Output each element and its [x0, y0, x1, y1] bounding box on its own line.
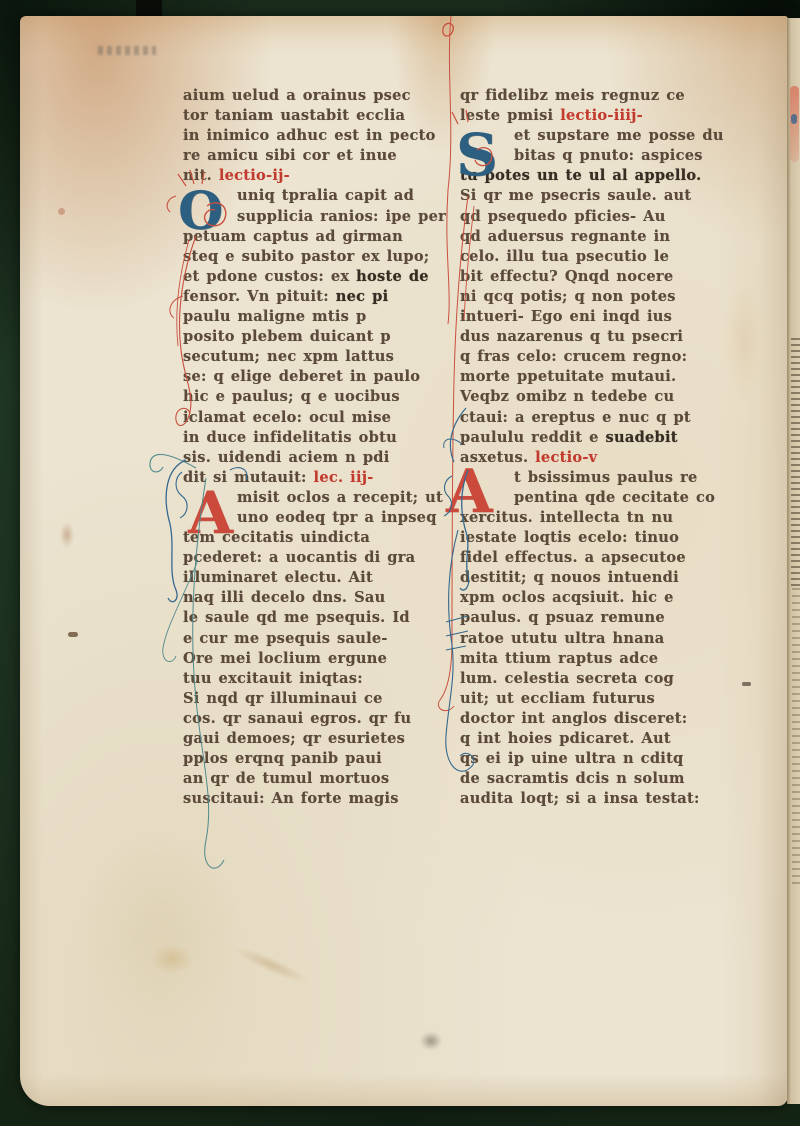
text-line: qr fidelibz meis regnuz ce [460, 86, 742, 106]
body-text: nec pi [336, 288, 389, 305]
rubric-text: lec. iij- [314, 469, 374, 486]
pencil-annotation [98, 46, 156, 55]
rubric-text: lectio-iiij- [560, 107, 643, 124]
body-text: intueri- Ego eni inqd ius [460, 308, 672, 325]
body-text: posito plebem duicant p [183, 328, 391, 345]
body-text: bit effectu? Qnqd nocere [460, 268, 673, 285]
text-column-left: aium uelud a orainus psector taniam uast… [183, 86, 457, 809]
body-text: ctaui: a ereptus e nuc q pt [460, 409, 691, 426]
facing-page-text-sliver-lower [792, 588, 800, 888]
text-line: destitit; q nouos intuendi [460, 568, 742, 588]
rubric-text: lectio-ij- [219, 167, 290, 184]
text-line: Si nqd qr illuminaui ce [183, 689, 457, 709]
body-text: paulus. q psuaz remune [460, 609, 665, 626]
body-text: suscitaui: An forte magis [183, 790, 399, 807]
body-text: audita loqt; si a insa testat: [460, 790, 700, 807]
text-line: steq e subito pastor ex lupo; [183, 247, 457, 267]
body-text: in inimico adhuc est in pecto [183, 127, 436, 144]
body-text: et pdone custos: ex [183, 268, 356, 285]
text-line: tuu excitauit iniqtas: [183, 669, 457, 689]
text-line: de sacramtis dcis n solum [460, 769, 742, 789]
body-text: qd psequedo pficies- Au [460, 208, 666, 225]
text-line: t bsissimus paulus re [460, 468, 742, 488]
body-text: tor taniam uastabit ecclia [183, 107, 405, 124]
body-text: steq e subito pastor ex lupo; [183, 248, 429, 265]
body-text: cos. qr sanaui egros. qr fu [183, 710, 411, 727]
body-text: qr fidelibz meis regnuz ce [460, 87, 685, 104]
text-line: paululu reddit e suadebit [460, 428, 742, 448]
text-line: bitas q pnuto: aspices [460, 146, 742, 166]
body-text: dus nazarenus q tu psecri [460, 328, 683, 345]
text-line: dus nazarenus q tu psecri [460, 327, 742, 347]
text-line: qd psequedo pficies- Au [460, 207, 742, 227]
text-line: lum. celestia secreta cog [460, 669, 742, 689]
text-line: cos. qr sanaui egros. qr fu [183, 709, 457, 729]
text-line: ni qcq potis; q non potes [460, 287, 742, 307]
body-text: illuminaret electu. Ait [183, 569, 373, 586]
facing-page-red-initial [790, 86, 799, 162]
body-text: de sacramtis dcis n solum [460, 770, 685, 787]
text-line: celo. illu tua psecutio le [460, 247, 742, 267]
body-text: in duce infidelitatis obtu [183, 429, 397, 446]
body-text: ratoe ututu ultra hnana [460, 630, 665, 647]
background-notch [136, 0, 162, 17]
body-text: pcederet: a uocantis di gra [183, 549, 415, 566]
text-line: petuam captus ad girman [183, 227, 457, 247]
text-line: nit. lectio-ij- [183, 166, 457, 186]
text-line: naq illi decelo dns. Sau [183, 588, 457, 608]
text-line: et supstare me posse du [460, 126, 742, 146]
body-text: lum. celestia secreta cog [460, 670, 674, 687]
text-line: leste pmisi lectio-iiij- [460, 106, 742, 126]
body-text: bitas q pnuto: aspices [514, 147, 703, 164]
body-text: q int hoies pdicaret. Aut [460, 730, 671, 747]
decorated-initial-o: O [178, 186, 223, 238]
text-line: q int hoies pdicaret. Aut [460, 729, 742, 749]
text-line: se: q elige deberet in paulo [183, 367, 457, 387]
text-line: aium uelud a orainus psec [183, 86, 457, 106]
text-line: Ore mei loclium ergune [183, 649, 457, 669]
body-text: fensor. Vn pituit: [183, 288, 336, 305]
body-text: uniq tpralia capit ad [237, 187, 414, 204]
body-text: et supstare me posse du [514, 127, 724, 144]
body-text: iestate loqtis ecelo: tinuo [460, 529, 679, 546]
text-line: bit effectu? Qnqd nocere [460, 267, 742, 287]
body-text: Ore mei loclium ergune [183, 650, 387, 667]
body-text: ni qcq potis; q non potes [460, 288, 676, 305]
text-line: pentina qde cecitate co [460, 488, 742, 508]
text-line: tu potes un te ul al appello. [460, 166, 742, 186]
body-text: secutum; nec xpm lattus [183, 348, 394, 365]
facing-page-blue-mark [791, 114, 797, 124]
body-text: xpm oclos acqsiuit. hic e [460, 589, 674, 606]
text-line: Si qr me psecris saule. aut [460, 186, 742, 206]
text-line: intueri- Ego eni inqd ius [460, 307, 742, 327]
text-line: iclamat ecelo: ocul mise [183, 408, 457, 428]
text-line: gaui demoes; qr esurietes [183, 729, 457, 749]
body-text: qs ei ip uine ultra n cditq [460, 750, 684, 767]
text-line: Veqbz omibz n tedebe cu [460, 387, 742, 407]
body-text: q fras celo: crucem regno: [460, 348, 687, 365]
body-text: fidel effectus. a apsecutoe [460, 549, 686, 566]
decorated-initial-a-left: A [188, 484, 233, 542]
body-text: Si nqd qr illuminaui ce [183, 690, 383, 707]
body-text: paulu maligne mtis p [183, 308, 366, 325]
text-line: paulu maligne mtis p [183, 307, 457, 327]
decorated-initial-a-right: A [446, 462, 493, 522]
text-line: doctor int anglos disceret: [460, 709, 742, 729]
body-text: naq illi decelo dns. Sau [183, 589, 385, 606]
text-line: hic e paulus; q e uocibus [183, 387, 457, 407]
text-line: uit; ut eccliam futurus [460, 689, 742, 709]
body-text: qd aduersus regnante in [460, 228, 670, 245]
text-line: illuminaret electu. Ait [183, 568, 457, 588]
text-line: paulus. q psuaz remune [460, 608, 742, 628]
body-text: aium uelud a orainus psec [183, 87, 411, 104]
body-text: tuu excitauit iniqtas: [183, 670, 363, 687]
body-text: hic e paulus; q e uocibus [183, 388, 400, 405]
body-text: morte ppetuitate mutaui. [460, 368, 676, 385]
body-text: suadebit [606, 429, 678, 446]
text-line: secutum; nec xpm lattus [183, 347, 457, 367]
body-text: misit oclos a recepit; ut [237, 489, 443, 506]
text-line: in duce infidelitatis obtu [183, 428, 457, 448]
text-line: ctaui: a ereptus e nuc q pt [460, 408, 742, 428]
text-column-right: qr fidelibz meis regnuz celeste pmisi le… [460, 86, 742, 809]
facing-page-text-sliver [791, 338, 800, 588]
body-text: e cur me psequis saule- [183, 630, 388, 647]
text-line: uniq tpralia capit ad [183, 186, 457, 206]
text-line: xercitus. intellecta tn nu [460, 508, 742, 528]
body-text: Veqbz omibz n tedebe cu [460, 388, 674, 405]
text-line: tor taniam uastabit ecclia [183, 106, 457, 126]
text-line: pcederet: a uocantis di gra [183, 548, 457, 568]
body-text: iclamat ecelo: ocul mise [183, 409, 391, 426]
text-line: morte ppetuitate mutaui. [460, 367, 742, 387]
decorated-initial-s: S [456, 126, 498, 184]
text-line: asxetus. lectio-v [460, 448, 742, 468]
body-text: pentina qde cecitate co [514, 489, 715, 506]
body-text: sis. uidendi aciem n pdi [183, 449, 390, 466]
body-text: uno eodeq tpr a inpseq [237, 509, 437, 526]
text-line: xpm oclos acqsiuit. hic e [460, 588, 742, 608]
facing-page-edge [787, 18, 800, 1104]
body-text: pplos erqnq panib paui [183, 750, 382, 767]
text-line: fidel effectus. a apsecutoe [460, 548, 742, 568]
text-line: iestate loqtis ecelo: tinuo [460, 528, 742, 548]
text-line: sis. uidendi aciem n pdi [183, 448, 457, 468]
manuscript-photograph: aium uelud a orainus psector taniam uast… [0, 0, 800, 1126]
text-line: ratoe ututu ultra hnana [460, 629, 742, 649]
body-text: destitit; q nouos intuendi [460, 569, 679, 586]
body-text: se: q elige deberet in paulo [183, 368, 420, 385]
text-line: qs ei ip uine ultra n cditq [460, 749, 742, 769]
body-text: Si qr me psecris saule. aut [460, 187, 691, 204]
text-line: in inimico adhuc est in pecto [183, 126, 457, 146]
text-line: audita loqt; si a insa testat: [460, 789, 742, 809]
body-text: re amicu sibi cor et inue [183, 147, 397, 164]
text-line: mita ttium raptus adce [460, 649, 742, 669]
body-text: hoste de [356, 268, 429, 285]
body-text: uit; ut eccliam futurus [460, 690, 655, 707]
text-line: le saule qd me psequis. Id [183, 608, 457, 628]
text-line: fensor. Vn pituit: nec pi [183, 287, 457, 307]
text-line: qd aduersus regnante in [460, 227, 742, 247]
body-text: supplicia ranios: ipe per [237, 208, 446, 225]
text-line: q fras celo: crucem regno: [460, 347, 742, 367]
text-line: an qr de tumul mortuos [183, 769, 457, 789]
text-line: posito plebem duicant p [183, 327, 457, 347]
text-line: supplicia ranios: ipe per [183, 207, 457, 227]
body-text: paululu reddit e [460, 429, 606, 446]
text-line: pplos erqnq panib paui [183, 749, 457, 769]
body-text: gaui demoes; qr esurietes [183, 730, 405, 747]
body-text: doctor int anglos disceret: [460, 710, 687, 727]
body-text: an qr de tumul mortuos [183, 770, 389, 787]
body-text: t bsissimus paulus re [514, 469, 698, 486]
body-text: mita ttium raptus adce [460, 650, 658, 667]
text-line: e cur me psequis saule- [183, 629, 457, 649]
text-line: et pdone custos: ex hoste de [183, 267, 457, 287]
rubric-text: lectio-v [535, 449, 597, 466]
text-line: re amicu sibi cor et inue [183, 146, 457, 166]
body-text: celo. illu tua psecutio le [460, 248, 669, 265]
text-line: suscitaui: An forte magis [183, 789, 457, 809]
body-text: le saule qd me psequis. Id [183, 609, 410, 626]
